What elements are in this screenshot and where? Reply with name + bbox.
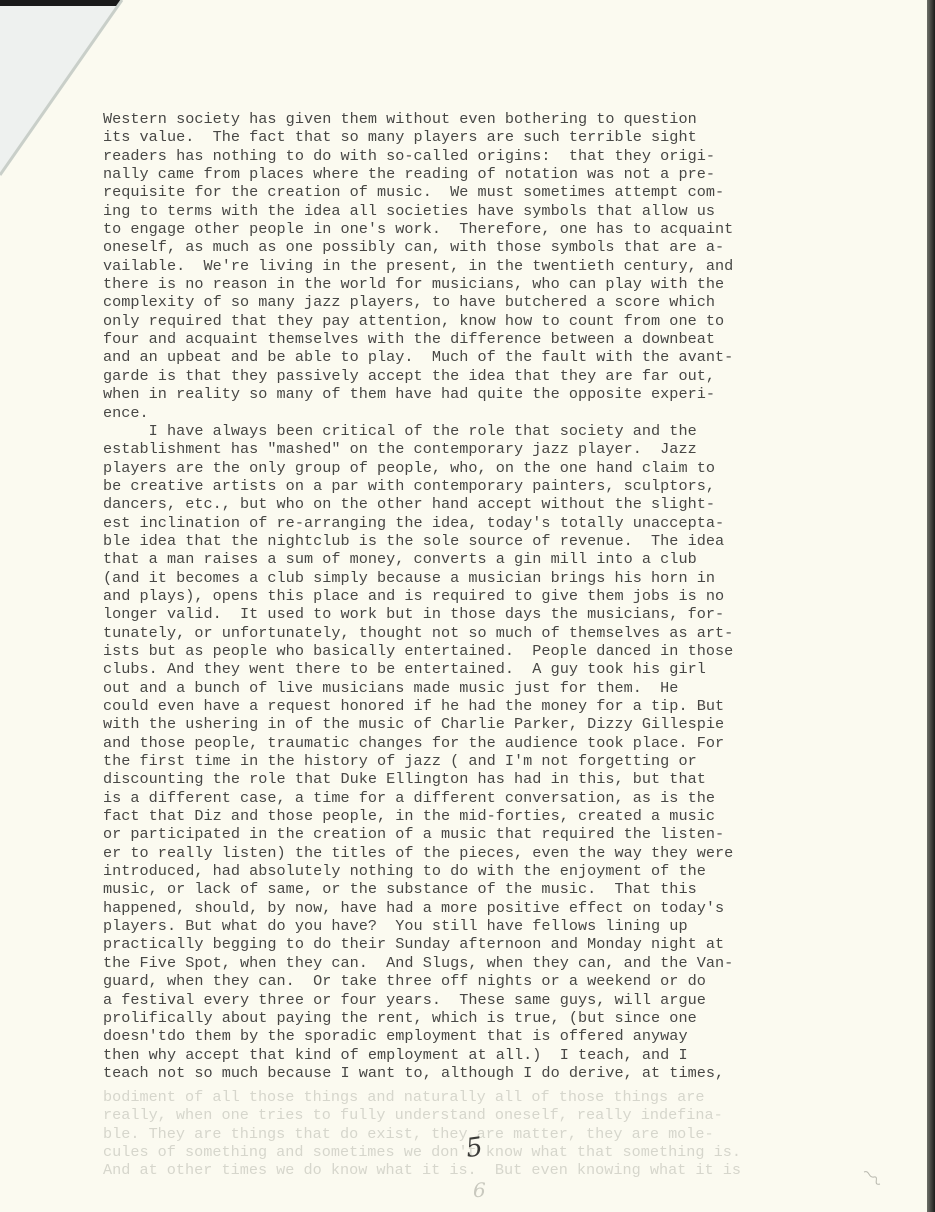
text-line: dancers, etc., but who on the other hand… xyxy=(103,495,903,513)
text-line: ence. xyxy=(103,404,903,422)
text-line: readers has nothing to do with so-called… xyxy=(103,147,903,165)
text-line: prolifically about paying the rent, whic… xyxy=(103,1009,903,1027)
text-line: be creative artists on a par with contem… xyxy=(103,477,903,495)
text-line: I have always been critical of the role … xyxy=(103,422,903,440)
text-line: garde is that they passively accept the … xyxy=(103,367,903,385)
text-line: happened, should, by now, have had a mor… xyxy=(103,899,903,917)
text-line: when in reality so many of them have had… xyxy=(103,385,903,403)
text-line: clubs. And they went there to be enterta… xyxy=(103,660,903,678)
text-line: and plays), opens this place and is requ… xyxy=(103,587,903,605)
text-line: establishment has "mashed" on the contem… xyxy=(103,440,903,458)
text-line: the first time in the history of jazz ( … xyxy=(103,752,903,770)
text-line: cules of something and sometimes we don'… xyxy=(103,1143,903,1161)
text-line: teach not so much because I want to, alt… xyxy=(103,1064,903,1082)
text-line: could even have a request honored if he … xyxy=(103,697,903,715)
text-line: the Five Spot, when they can. And Slugs,… xyxy=(103,954,903,972)
text-line: er to really listen) the titles of the p… xyxy=(103,844,903,862)
text-line: that a man raises a sum of money, conver… xyxy=(103,550,903,568)
text-line: to engage other people in one's work. Th… xyxy=(103,220,903,238)
text-line: practically begging to do their Sunday a… xyxy=(103,935,903,953)
text-line: out and a bunch of live musicians made m… xyxy=(103,679,903,697)
text-line: (and it becomes a club simply because a … xyxy=(103,569,903,587)
text-line: doesn'tdo them by the sporadic employmen… xyxy=(103,1027,903,1045)
text-line: or participated in the creation of a mus… xyxy=(103,825,903,843)
text-line: ing to terms with the idea all societies… xyxy=(103,202,903,220)
text-line: And at other times we do know what it is… xyxy=(103,1161,903,1179)
text-line: introduced, had absolutely nothing to do… xyxy=(103,862,903,880)
text-line: with the ushering in of the music of Cha… xyxy=(103,715,903,733)
text-line: there is no reason in the world for musi… xyxy=(103,275,903,293)
text-line: complexity of so many jazz players, to h… xyxy=(103,293,903,311)
text-line: discounting the role that Duke Ellington… xyxy=(103,770,903,788)
text-line: and an upbeat and be able to play. Much … xyxy=(103,348,903,366)
text-line: only required that they pay attention, k… xyxy=(103,312,903,330)
text-line: then why accept that kind of employment … xyxy=(103,1046,903,1064)
binding-edge xyxy=(927,0,935,1212)
text-line: bodiment of all those things and natural… xyxy=(103,1088,903,1106)
text-line: really, when one tries to fully understa… xyxy=(103,1106,903,1124)
typed-body-text: Western society has given them without e… xyxy=(103,110,903,1082)
text-line: guard, when they can. Or take three off … xyxy=(103,972,903,990)
text-line: ists but as people who basically enterta… xyxy=(103,642,903,660)
text-line: and those people, traumatic changes for … xyxy=(103,734,903,752)
bleed-through-page-number: 6 xyxy=(473,1178,486,1202)
text-line: Western society has given them without e… xyxy=(103,110,903,128)
text-line: tunately, or unfortunately, thought not … xyxy=(103,624,903,642)
text-line: nally came from places where the reading… xyxy=(103,165,903,183)
text-line: fact that Diz and those people, in the m… xyxy=(103,807,903,825)
text-line: vailable. We're living in the present, i… xyxy=(103,257,903,275)
text-line: ble idea that the nightclub is the sole … xyxy=(103,532,903,550)
pencil-mark-icon xyxy=(862,1168,884,1190)
text-line: est inclination of re-arranging the idea… xyxy=(103,514,903,532)
text-line: requisite for the creation of music. We … xyxy=(103,183,903,201)
text-line: longer valid. It used to work but in tho… xyxy=(103,605,903,623)
text-line: a festival every three or four years. Th… xyxy=(103,991,903,1009)
text-line: players are the only group of people, wh… xyxy=(103,459,903,477)
text-line: its value. The fact that so many players… xyxy=(103,128,903,146)
text-line: ble. They are things that do exist, they… xyxy=(103,1125,903,1143)
text-line: is a different case, a time for a differ… xyxy=(103,789,903,807)
bleed-through-text: bodiment of all those things and natural… xyxy=(103,1088,903,1180)
text-line: players. But what do you have? You still… xyxy=(103,917,903,935)
text-line: music, or lack of same, or the substance… xyxy=(103,880,903,898)
text-line: oneself, as much as one possibly can, wi… xyxy=(103,238,903,256)
text-line: four and acquaint themselves with the di… xyxy=(103,330,903,348)
